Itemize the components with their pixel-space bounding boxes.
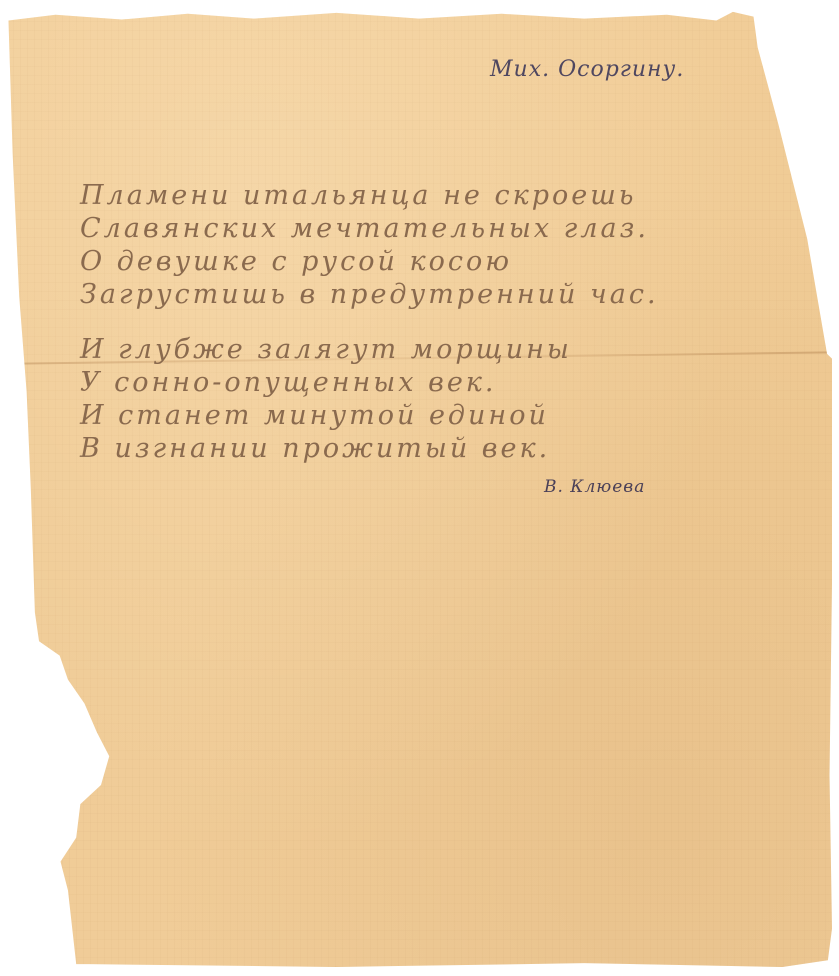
- poem-line: У сонно-опущенных век.: [80, 366, 659, 399]
- poem-stanza-1: Пламени итальянца не скроешь Славянских …: [80, 179, 659, 311]
- poem-line: Пламени итальянца не скроешь: [80, 179, 659, 212]
- poem-line: И глубже залягут морщины: [80, 333, 659, 366]
- signature: В. Клюева: [544, 477, 645, 497]
- poem: Пламени итальянца не скроешь Славянских …: [80, 179, 659, 487]
- poem-line: Загрустишь в предутренний час.: [80, 278, 659, 311]
- poem-line: О девушке с русой косою: [80, 245, 659, 278]
- poem-stanza-2: И глубже залягут морщины У сонно-опущенн…: [80, 333, 659, 465]
- poem-line: И станет минутой единой: [80, 399, 659, 432]
- dedication: Мих. Осоргину.: [490, 57, 684, 82]
- poem-line: В изгнании прожитый век.: [80, 432, 659, 465]
- manuscript-sheet: Мих. Осоргину. Пламени итальянца не скро…: [6, 9, 832, 967]
- poem-line: Славянских мечтательных глаз.: [80, 212, 659, 245]
